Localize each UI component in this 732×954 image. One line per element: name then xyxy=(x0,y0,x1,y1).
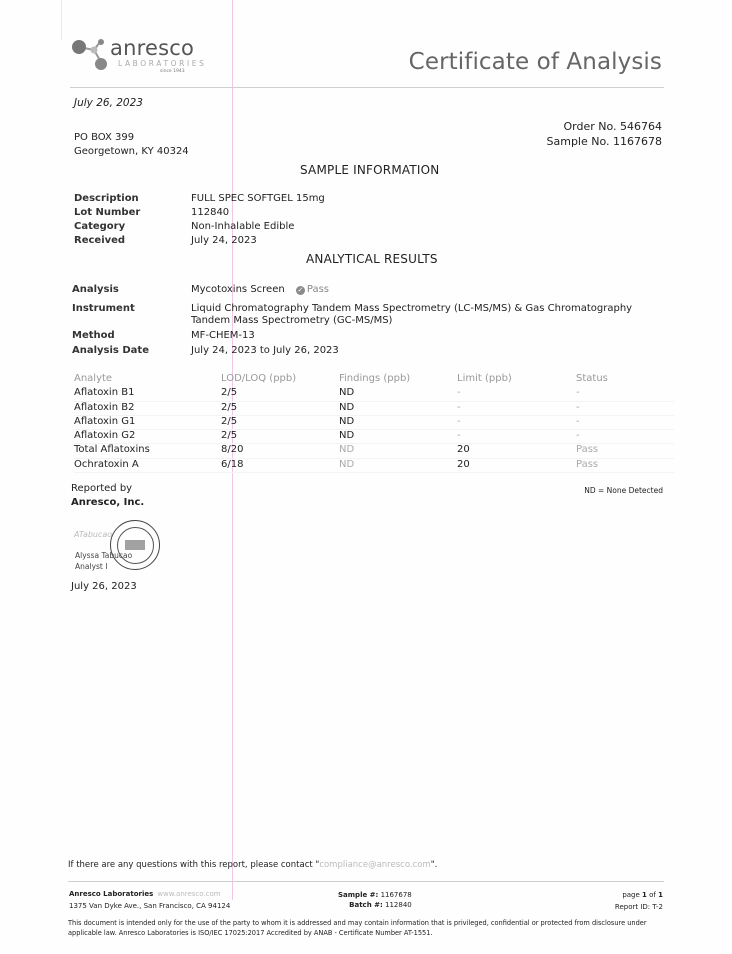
logo-wordmark: anresco xyxy=(110,36,194,60)
field-label: Analysis xyxy=(72,284,182,295)
field-value: Mycotoxins Screen ✓Pass xyxy=(191,284,671,296)
limit-cell: - xyxy=(457,430,461,441)
footer-lab-info: Anresco Laboratorieswww.anresco.com 1375… xyxy=(69,888,230,912)
analyte-cell: Aflatoxin B1 xyxy=(74,387,134,398)
lod-loq-cell: 6/18 xyxy=(221,459,243,470)
page-title: Certificate of Analysis xyxy=(409,49,662,75)
analyst-signature: ATabucao xyxy=(74,530,112,539)
contact-line: If there are any questions with this rep… xyxy=(68,860,437,870)
field-label: Lot Number xyxy=(74,207,184,218)
status-cell: - xyxy=(576,416,580,427)
column-header: Limit (ppb) xyxy=(457,373,512,384)
reporting-company: Anresco, Inc. xyxy=(71,497,144,508)
analyst-title: Analyst I xyxy=(75,561,132,572)
analyte-cell: Aflatoxin B2 xyxy=(74,402,134,413)
limit-cell: - xyxy=(457,387,461,398)
nd-legend: ND = None Detected xyxy=(584,486,663,495)
table-row: Ochratoxin A6/18ND20Pass xyxy=(74,459,674,473)
results-table: Analyte LOD/LOQ (ppb) Findings (ppb) Lim… xyxy=(74,373,674,473)
findings-cell: ND xyxy=(339,430,354,441)
field-value: Non-Inhalable Edible xyxy=(191,221,671,233)
table-body: Aflatoxin B12/5ND--Aflatoxin B22/5ND--Af… xyxy=(74,387,674,473)
anresco-logo: anresco LABORATORIES since 1943 xyxy=(70,38,220,78)
lab-address: 1375 Van Dyke Ave., San Francisco, CA 94… xyxy=(69,900,230,912)
findings-cell: ND xyxy=(339,387,354,398)
logo-subtitle: LABORATORIES xyxy=(118,59,206,68)
field-value: MF-CHEM-13 xyxy=(191,330,671,342)
status-cell: - xyxy=(576,402,580,413)
batch-value: 112840 xyxy=(385,901,412,909)
page-number: page 1 of 1 xyxy=(615,889,663,901)
reported-by: Reported by Anresco, Inc. xyxy=(71,482,144,510)
limit-cell: - xyxy=(457,402,461,413)
status-cell: - xyxy=(576,430,580,441)
analyte-cell: Ochratoxin A xyxy=(74,459,139,470)
status-cell: Pass xyxy=(576,459,598,470)
signoff-date: July 26, 2023 xyxy=(71,581,137,592)
address-line-1: PO BOX 399 xyxy=(74,131,189,145)
certificate-page: anresco LABORATORIES since 1943 Certific… xyxy=(0,0,732,954)
client-address: PO BOX 399 Georgetown, KY 40324 xyxy=(74,131,189,159)
title-divider xyxy=(70,87,664,88)
lod-loq-cell: 2/5 xyxy=(221,402,237,413)
report-date: July 26, 2023 xyxy=(74,97,143,109)
field-value: July 24, 2023 to July 26, 2023 xyxy=(191,345,671,357)
sample-information-heading: SAMPLE INFORMATION xyxy=(300,163,439,177)
footer-divider xyxy=(68,881,664,882)
column-header: Status xyxy=(576,373,608,384)
field-value: FULL SPEC SOFTGEL 15mg xyxy=(191,193,671,205)
analysis-status: Pass xyxy=(307,284,329,295)
report-id: Report ID: T-2 xyxy=(615,901,663,913)
contact-email-link[interactable]: compliance@anresco.com xyxy=(319,860,430,870)
findings-cell: ND xyxy=(339,402,354,413)
sample-number: Sample No. 1167678 xyxy=(547,134,663,149)
limit-cell: - xyxy=(457,416,461,427)
findings-cell: ND xyxy=(339,459,354,470)
field-label: Analysis Date xyxy=(72,345,182,356)
molecule-icon xyxy=(70,38,112,74)
logo-since: since 1943 xyxy=(160,69,185,74)
lab-name: Anresco Laboratories xyxy=(69,890,153,898)
lod-loq-cell: 8/20 xyxy=(221,444,243,455)
analysis-status-badge: ✓Pass xyxy=(296,284,329,295)
analyst-info: Alyssa Tabucao Analyst I xyxy=(75,550,132,572)
column-header: Analyte xyxy=(74,373,112,384)
footer-page-info: page 1 of 1 Report ID: T-2 xyxy=(615,889,663,913)
table-row: Total Aflatoxins8/20ND20Pass xyxy=(74,444,674,458)
reported-by-label: Reported by xyxy=(71,482,144,496)
field-label: Description xyxy=(74,193,184,204)
field-value: Liquid Chromatography Tandem Mass Spectr… xyxy=(191,303,671,327)
analytical-results-heading: ANALYTICAL RESULTS xyxy=(306,252,438,266)
column-header: Findings (ppb) xyxy=(339,373,410,384)
field-value: 112840 xyxy=(191,207,671,219)
findings-cell: ND xyxy=(339,444,354,455)
status-cell: - xyxy=(576,387,580,398)
contact-text-end: ". xyxy=(431,860,438,870)
limit-cell: 20 xyxy=(457,459,470,470)
field-label: Received xyxy=(74,235,184,246)
field-label: Method xyxy=(72,330,182,341)
status-cell: Pass xyxy=(576,444,598,455)
order-number: Order No. 546764 xyxy=(547,119,663,134)
findings-cell: ND xyxy=(339,416,354,427)
analyte-cell: Aflatoxin G1 xyxy=(74,416,135,427)
analysis-name: Mycotoxins Screen xyxy=(191,284,285,295)
batch-label: Batch #: xyxy=(349,901,383,909)
sample-label: Sample #: xyxy=(338,891,378,899)
field-value: July 24, 2023 xyxy=(191,235,671,247)
lod-loq-cell: 2/5 xyxy=(221,387,237,398)
sample-value: 1167678 xyxy=(381,891,412,899)
row-divider xyxy=(74,472,674,473)
check-circle-icon: ✓ xyxy=(296,286,305,295)
lod-loq-cell: 2/5 xyxy=(221,430,237,441)
table-row: Aflatoxin G22/5ND-- xyxy=(74,430,674,444)
footer-sample-info: Sample #: 1167678 Batch #: 112840 xyxy=(338,890,412,910)
legal-disclaimer: This document is intended only for the u… xyxy=(68,918,668,938)
table-row: Aflatoxin B12/5ND-- xyxy=(74,387,674,401)
column-header: LOD/LOQ (ppb) xyxy=(221,373,296,384)
table-row: Aflatoxin B22/5ND-- xyxy=(74,402,674,416)
table-header-row: Analyte LOD/LOQ (ppb) Findings (ppb) Lim… xyxy=(74,373,674,387)
analyte-cell: Aflatoxin G2 xyxy=(74,430,135,441)
lod-loq-cell: 2/5 xyxy=(221,416,237,427)
field-label: Instrument xyxy=(72,303,182,314)
contact-text: If there are any questions with this rep… xyxy=(68,860,319,870)
analyst-name: Alyssa Tabucao xyxy=(75,550,132,561)
analyte-cell: Total Aflatoxins xyxy=(74,444,150,455)
address-line-2: Georgetown, KY 40324 xyxy=(74,145,189,159)
limit-cell: 20 xyxy=(457,444,470,455)
lab-website-link[interactable]: www.anresco.com xyxy=(157,890,220,898)
order-info: Order No. 546764 Sample No. 1167678 xyxy=(547,119,663,149)
table-row: Aflatoxin G12/5ND-- xyxy=(74,416,674,430)
field-label: Category xyxy=(74,221,184,232)
scan-guide-line xyxy=(61,0,62,40)
